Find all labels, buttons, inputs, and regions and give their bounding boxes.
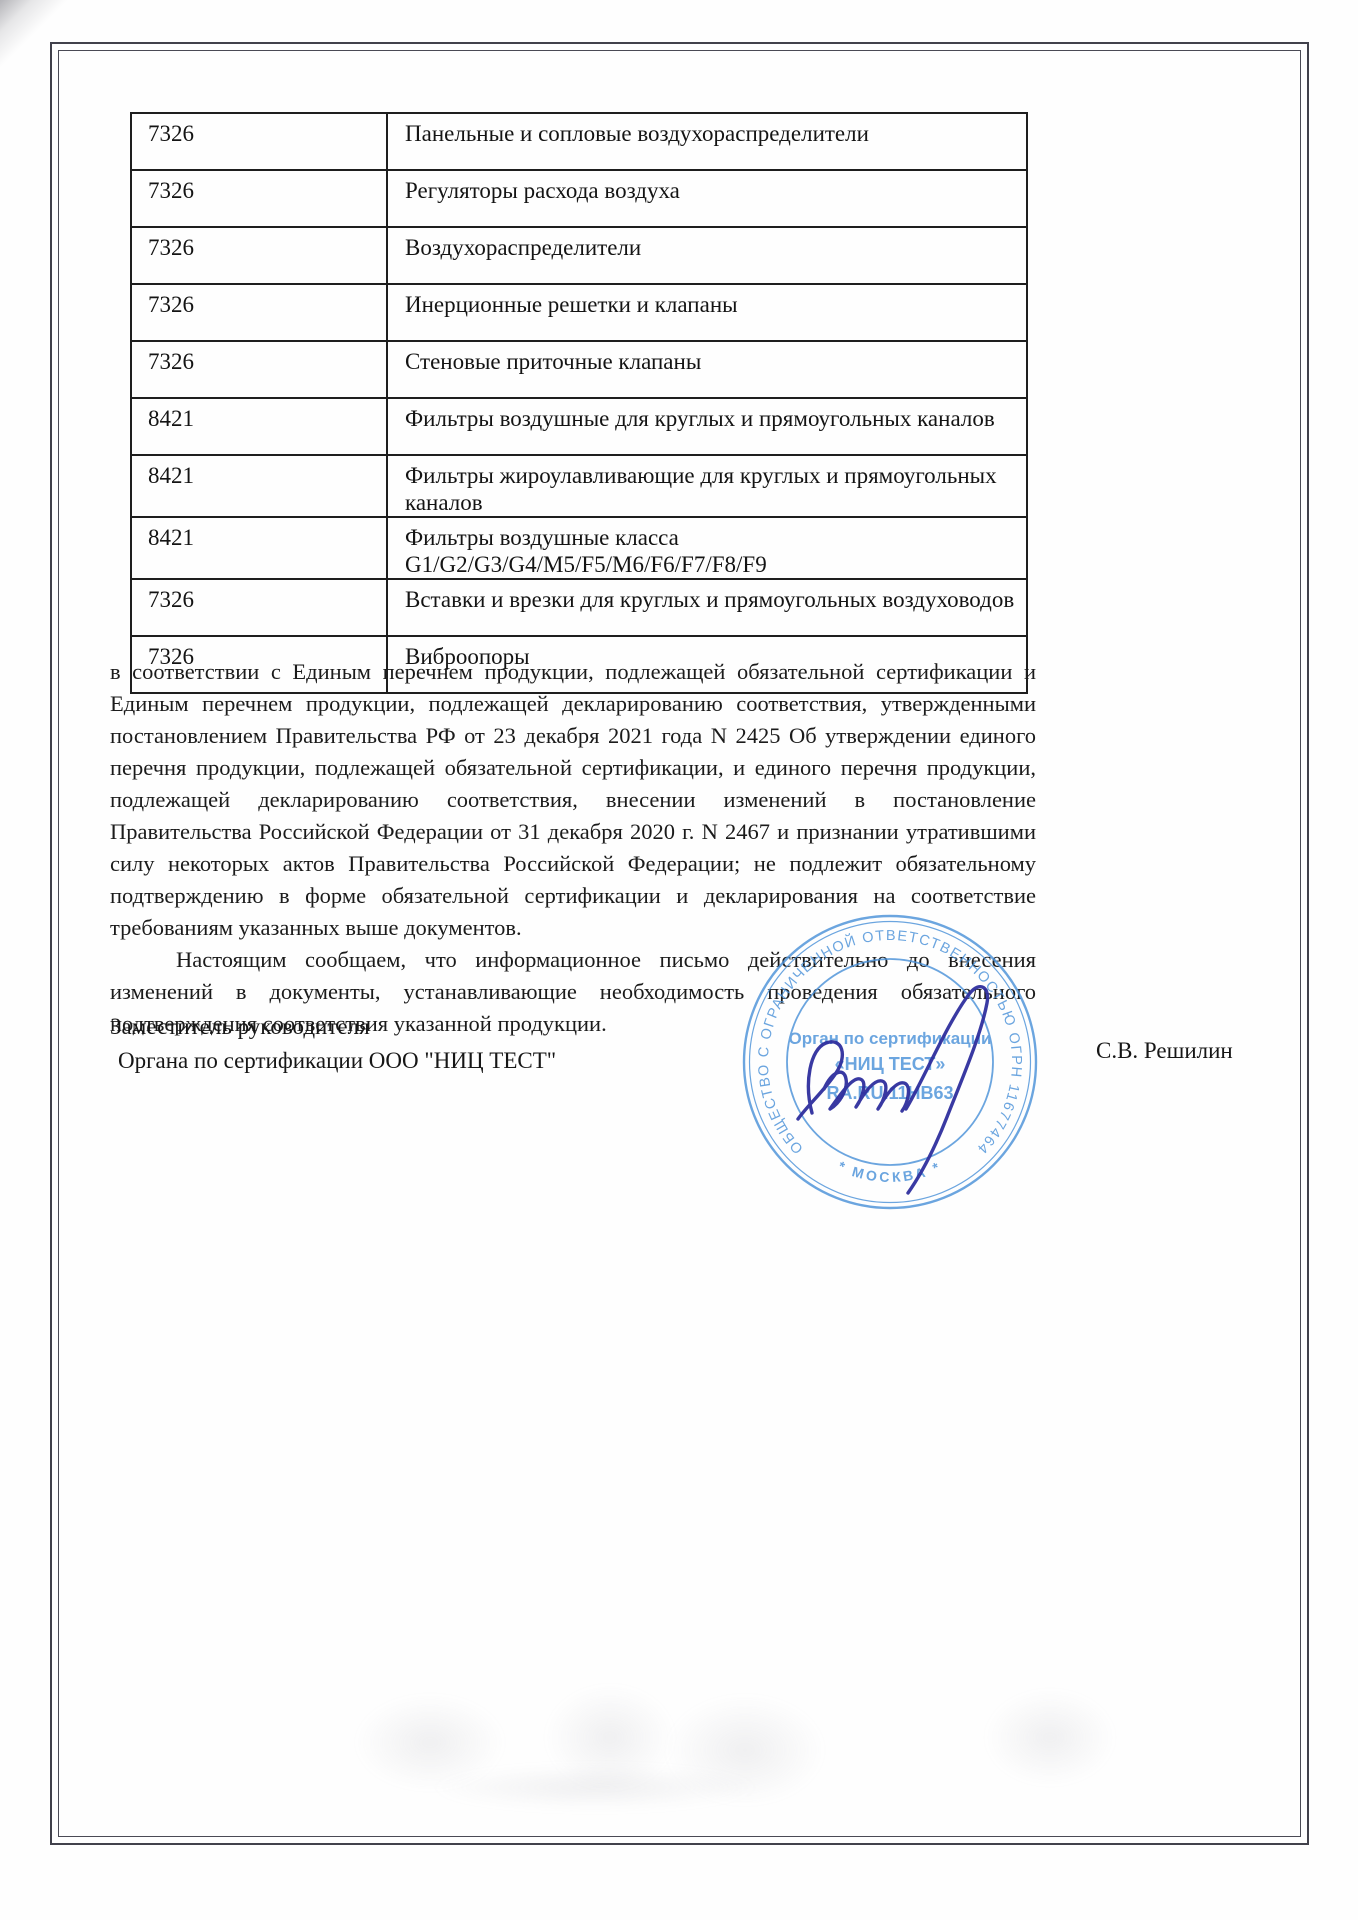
scanned-document-page: 7326 Панельные и сопловые воздухораспред… bbox=[0, 0, 1358, 1920]
table-row: 8421 Фильтры жироулавливающие для круглы… bbox=[131, 455, 1027, 517]
signer-title-line2: Органа по сертификации ООО "НИЦ ТЕСТ" bbox=[110, 1044, 556, 1078]
product-code-cell: 7326 bbox=[131, 341, 387, 398]
table-row: 7326 Воздухораспределители bbox=[131, 227, 1027, 284]
product-code-cell: 8421 bbox=[131, 517, 387, 579]
table-row: 7326 Вставки и врезки для круглых и прям… bbox=[131, 579, 1027, 636]
table-row: 7326 Инерционные решетки и клапаны bbox=[131, 284, 1027, 341]
table-row: 7326 Регуляторы расхода воздуха bbox=[131, 170, 1027, 227]
product-name-cell: Регуляторы расхода воздуха bbox=[387, 170, 1027, 227]
codes-table-body: 7326 Панельные и сопловые воздухораспред… bbox=[131, 113, 1027, 693]
paragraph-certification-basis: в соответствии с Единым перечнем продукц… bbox=[110, 656, 1036, 944]
product-name-cell: Фильтры воздушные для круглых и прямоуго… bbox=[387, 398, 1027, 455]
product-name-cell: Воздухораспределители bbox=[387, 227, 1027, 284]
product-code-cell: 8421 bbox=[131, 455, 387, 517]
product-code-cell: 8421 bbox=[131, 398, 387, 455]
signature-title-block: Заместитель руководителя Органа по серти… bbox=[110, 1010, 556, 1078]
scan-bleed-artifact bbox=[430, 1765, 760, 1810]
table-row: 7326 Панельные и сопловые воздухораспред… bbox=[131, 113, 1027, 170]
product-code-cell: 7326 bbox=[131, 227, 387, 284]
product-code-cell: 7326 bbox=[131, 170, 387, 227]
table-row: 8421 Фильтры воздушные класса G1/G2/G3/G… bbox=[131, 517, 1027, 579]
product-code-cell: 7326 bbox=[131, 579, 387, 636]
product-codes-table: 7326 Панельные и сопловые воздухораспред… bbox=[130, 112, 1028, 694]
product-name-cell: Фильтры жироулавливающие для круглых и п… bbox=[387, 455, 1027, 517]
product-name-cell: Вставки и врезки для круглых и прямоугол… bbox=[387, 579, 1027, 636]
table-row: 7326 Стеновые приточные клапаны bbox=[131, 341, 1027, 398]
handwritten-signature bbox=[760, 955, 1020, 1215]
signer-name: С.В. Решилин bbox=[1096, 1038, 1233, 1064]
table-row: 8421 Фильтры воздушные для круглых и пря… bbox=[131, 398, 1027, 455]
product-name-cell: Инерционные решетки и клапаны bbox=[387, 284, 1027, 341]
product-code-cell: 7326 bbox=[131, 113, 387, 170]
product-name-cell: Фильтры воздушные класса G1/G2/G3/G4/M5/… bbox=[387, 517, 1027, 579]
product-name-cell: Стеновые приточные клапаны bbox=[387, 341, 1027, 398]
product-name-cell: Панельные и сопловые воздухораспределите… bbox=[387, 113, 1027, 170]
product-code-cell: 7326 bbox=[131, 284, 387, 341]
scan-bleed-artifact bbox=[985, 1690, 1115, 1785]
signer-title-line1: Заместитель руководителя bbox=[110, 1010, 556, 1044]
